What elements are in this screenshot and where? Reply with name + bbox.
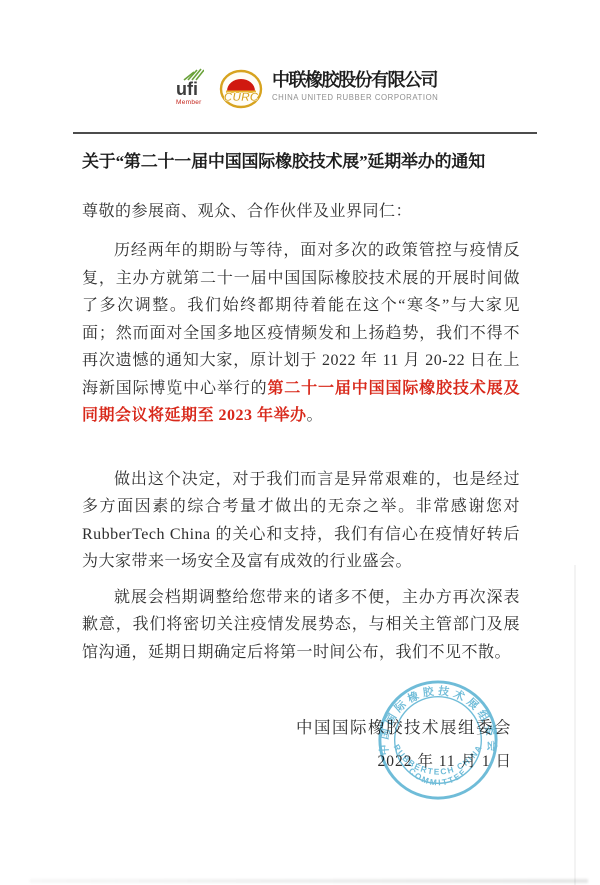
ufi-wordmark: ufi: [176, 81, 216, 98]
body-text: 做出这个决定，对于我们而言是异常艰难的，也是经过多方面因素的综合考量才做出的无奈…: [82, 471, 520, 571]
committee-seal-stamp-icon: 中国国际橡胶技术展组委会 COMMITTEE RUBBERTECH CHINA: [374, 678, 502, 806]
company-name-en: CHINA UNITED RUBBER CORPORATION: [272, 93, 442, 102]
svg-text:RUBBERTECH CHINA: RUBBERTECH CHINA: [392, 742, 485, 776]
scan-bottom-smudge: [30, 879, 588, 883]
letter-page: ufi Member CURC 中联橡胶股份有限公司 CHINA UNITED …: [0, 0, 600, 885]
company-name-cn: 中联橡胶股份有限公司: [272, 70, 442, 90]
stamp-bottom-text: RUBBERTECH CHINA: [392, 742, 485, 776]
paragraph: 就展会档期调整给您带来的诸多不便，主办方再次深表歉意，我们将密切关注疫情发展势态…: [82, 584, 520, 667]
scan-edge-line: [574, 565, 576, 885]
company-name-block: 中联橡胶股份有限公司 CHINA UNITED RUBBER CORPORATI…: [272, 70, 442, 102]
paragraph: 历经两年的期盼与等待，面对多次的政策管控与疫情反复，主办方就第二十一届中国国际橡…: [82, 237, 520, 430]
salutation: 尊敬的参展商、观众、合作伙伴及业界同仁：: [82, 200, 520, 224]
body-text: 。: [307, 407, 324, 424]
ufi-member-label: Member: [176, 99, 216, 106]
header-divider: [73, 132, 537, 134]
curc-letters: CURC: [224, 90, 259, 104]
letter-content: 关于“第二十一届中国国际橡胶技术展”延期举办的通知 尊敬的参展商、观众、合作伙伴…: [82, 150, 520, 666]
paragraph: 做出这个决定，对于我们而言是异常艰难的，也是经过多方面因素的综合考量才做出的无奈…: [82, 466, 520, 576]
curc-logo-icon: CURC: [218, 68, 264, 112]
ufi-logo: ufi Member: [176, 68, 216, 106]
letter-body: 历经两年的期盼与等待，面对多次的政策管控与疫情反复，主办方就第二十一届中国国际橡…: [82, 237, 520, 666]
body-text: 就展会档期调整给您带来的诸多不便，主办方再次深表歉意，我们将密切关注疫情发展势态…: [82, 589, 520, 661]
body-text: 历经两年的期盼与等待，面对多次的政策管控与疫情反复，主办方就第二十一届中国国际橡…: [82, 242, 520, 397]
letter-title: 关于“第二十一届中国国际橡胶技术展”延期举办的通知: [82, 150, 520, 174]
